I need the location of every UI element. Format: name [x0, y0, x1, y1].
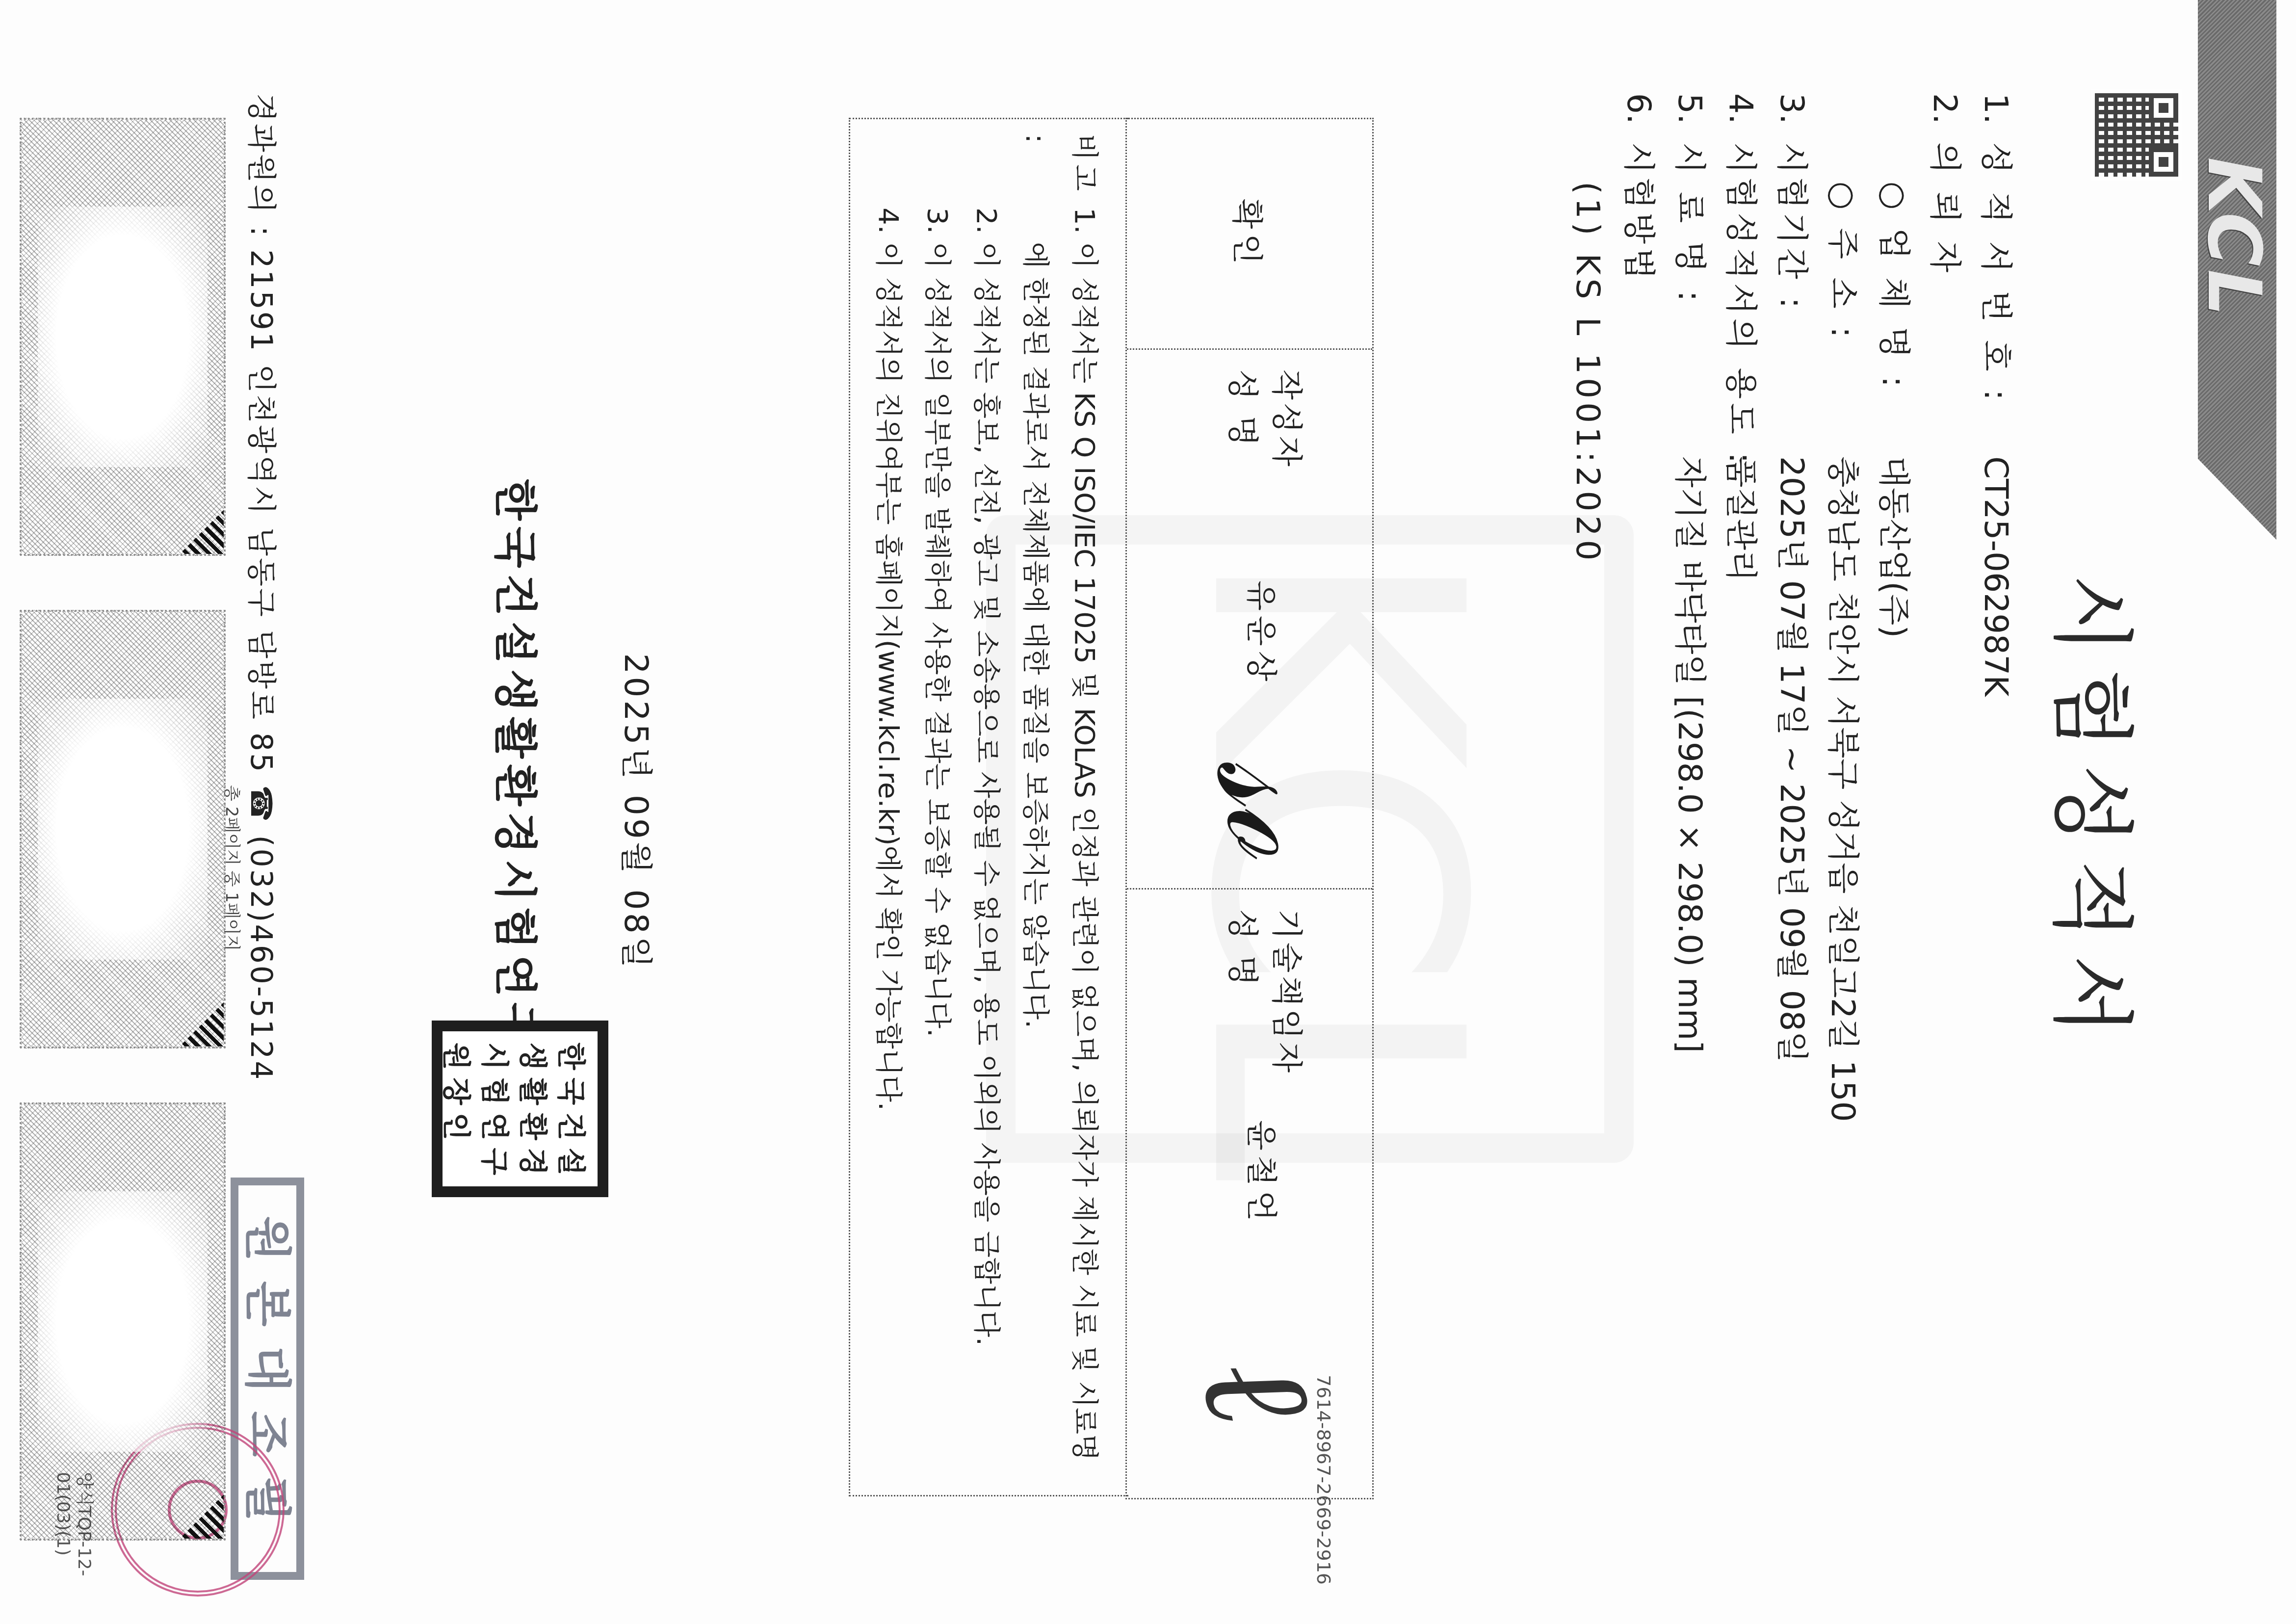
remark-number: 1.	[1011, 208, 1109, 242]
remark-number: 3.	[913, 208, 962, 242]
author-signature: 𝓈ℴ	[1184, 738, 1352, 868]
item-number: 3.	[1766, 93, 1817, 142]
item-label: ○ 업 체 명 :	[1868, 142, 1919, 456]
security-pattern-box	[20, 118, 226, 556]
author-role: 작성자 성 명	[1220, 369, 1308, 469]
item-number: 2.	[1919, 93, 1970, 142]
remarks-heading: 비고 :	[1011, 134, 1109, 208]
signature-table: 확인 작성자 성 명 유운상 𝓈ℴ 기술책임자 성 명 윤철언 ℓ	[1125, 118, 1374, 1499]
item-number: 6.	[1613, 93, 1664, 142]
manager-signature: ℓ	[1167, 1343, 1347, 1439]
test-report-page: KCL 시험성적서 7614-8967-2669-2916 KCL 1.성 적 …	[0, 0, 2296, 1624]
remarks-section: 비고 :1.이 성적서는 KS Q ISO/IEC 17025 및 KOLAS …	[849, 118, 1128, 1496]
corner-mark-icon	[180, 1002, 224, 1047]
info-row: 2.의 뢰 자	[1919, 93, 1970, 1565]
security-pattern-box	[20, 610, 226, 1048]
document-title: 시험성적서	[2038, 0, 2159, 1624]
info-row: 3.시험기간 :2025년 07월 17일 ~ 2025년 09월 08일	[1766, 93, 1817, 1565]
item-label: ○ 주 소 :	[1817, 142, 1868, 456]
manager-name: 윤철언	[1241, 1120, 1286, 1226]
remark-number: 2.	[962, 208, 1011, 242]
item-value: 2025년 07월 17일 ~ 2025년 09월 08일	[1766, 456, 1817, 1565]
item-number	[1868, 93, 1919, 142]
institution-address: 경과원의 : 21591 인천광역시 남동구 담방로 85 ☎ (032)460…	[242, 93, 285, 1081]
corner-mark-icon	[180, 1494, 224, 1539]
confirm-label: 확인	[1127, 119, 1372, 350]
item-label: 의 뢰 자	[1919, 142, 1970, 456]
item-label: 시험방법	[1613, 142, 1664, 456]
item-number: 5.	[1664, 93, 1715, 142]
seal-glyph: 험	[477, 1075, 512, 1108]
remark-text: 이 성적서는 홍보, 선전, 광고 및 소송용으로 사용될 수 없으며, 용도 …	[962, 242, 1011, 1480]
seal-glyph	[439, 1146, 474, 1178]
item-value	[1919, 456, 1970, 1565]
remarks-heading	[913, 134, 962, 208]
item-number: 4.	[1715, 93, 1766, 142]
item-value: CT25-062987K	[1970, 456, 2021, 1565]
remark-row: 2.이 성적서는 홍보, 선전, 광고 및 소송용으로 사용될 수 없으며, 용…	[962, 134, 1011, 1480]
info-row: 4.시험성적서의 용도 :품질관리	[1715, 93, 1766, 1565]
item-value: 자기질 바닥타일 [(298.0 × 298.0) mm]	[1664, 456, 1715, 1565]
item-label: 성 적 서 번 호 :	[1970, 142, 2021, 456]
item-number: 1.	[1970, 93, 2021, 142]
remark-row: 3.이 성적서의 일부만을 발췌하여 사용한 결과는 보증할 수 없습니다.	[913, 134, 962, 1480]
seal-glyph: 연	[477, 1110, 512, 1143]
item-number	[1562, 93, 1613, 142]
info-row: 6.시험방법	[1613, 93, 1664, 1565]
item-label: 시험기간 :	[1766, 142, 1817, 456]
seal-glyph: 시	[477, 1040, 512, 1073]
seal-glyph: 활	[515, 1075, 550, 1108]
seal-glyph: 건	[553, 1110, 589, 1143]
report-info-list: 1.성 적 서 번 호 :CT25-062987K2.의 뢰 자○ 업 체 명 …	[1562, 93, 2021, 1565]
info-row: ○ 업 체 명 :대동산업(주)	[1868, 93, 1919, 1565]
issue-date: 2025년 09월 08일	[616, 0, 662, 1624]
seal-glyph: 설	[553, 1146, 589, 1178]
remark-text: 이 성적서의 진위여부는 홈페이지(www.kcl.re.kr)에서 확인 가능…	[863, 242, 913, 1480]
anti-forgery-strip	[20, 118, 226, 1541]
remark-row: 4.이 성적서의 진위여부는 홈페이지(www.kcl.re.kr)에서 확인 …	[863, 134, 913, 1480]
remarks-heading	[962, 134, 1011, 208]
item-label: 시험성적서의 용도 :	[1715, 142, 1766, 456]
seal-glyph: 한	[553, 1040, 589, 1073]
item-label: 시 료 명 :	[1664, 142, 1715, 456]
item-value	[1562, 456, 1613, 1565]
info-row: 1.성 적 서 번 호 :CT25-062987K	[1970, 93, 2021, 1565]
seal-glyph: 구	[477, 1146, 512, 1178]
info-row: 5.시 료 명 :자기질 바닥타일 [(298.0 × 298.0) mm]	[1664, 93, 1715, 1565]
item-value: 충청남도 천안시 서북구 성거읍 천일고2길 150	[1817, 456, 1868, 1565]
seal-glyph: 장	[439, 1075, 474, 1108]
author-cell: 작성자 성 명 유운상 𝓈ℴ	[1127, 350, 1372, 890]
manager-role: 기술책임자 성 명	[1220, 909, 1308, 1075]
item-value: 품질관리	[1715, 456, 1766, 1565]
remark-number: 4.	[863, 208, 913, 242]
seal-glyph: 경	[515, 1146, 550, 1178]
seal-glyph: 환	[515, 1110, 550, 1143]
remarks-heading	[863, 134, 913, 208]
author-name: 유운상	[1241, 580, 1286, 686]
kcl-logo: KCL	[2191, 157, 2276, 319]
seal-glyph: 생	[515, 1040, 550, 1073]
manager-cell: 기술책임자 성 명 윤철언 ℓ	[1127, 890, 1372, 1498]
item-value: 대동산업(주)	[1868, 456, 1919, 1565]
item-label: (1) KS L 1001:2020	[1562, 142, 1613, 456]
info-row: ○ 주 소 :충청남도 천안시 서북구 성거읍 천일고2길 150	[1817, 93, 1868, 1565]
remark-row: 비고 :1.이 성적서는 KS Q ISO/IEC 17025 및 KOLAS …	[1011, 134, 1109, 1480]
remark-text: 이 성적서는 KS Q ISO/IEC 17025 및 KOLAS 인정과 관련…	[1011, 242, 1109, 1480]
security-pattern-box	[20, 1102, 226, 1541]
info-row: (1) KS L 1001:2020	[1562, 93, 1613, 1565]
remark-text: 이 성적서의 일부만을 발췌하여 사용한 결과는 보증할 수 없습니다.	[913, 242, 962, 1480]
corner-mark-icon	[180, 510, 224, 554]
item-number	[1817, 93, 1868, 142]
seal-glyph: 원	[439, 1040, 474, 1073]
seal-glyph: 인	[439, 1110, 474, 1143]
official-seal: 한국건설생활환경시험연구원장인	[432, 1021, 608, 1197]
institution-name: 한국건설생활환경시험연구원장	[488, 0, 549, 1624]
seal-glyph: 국	[553, 1075, 589, 1108]
item-value	[1613, 456, 1664, 1565]
